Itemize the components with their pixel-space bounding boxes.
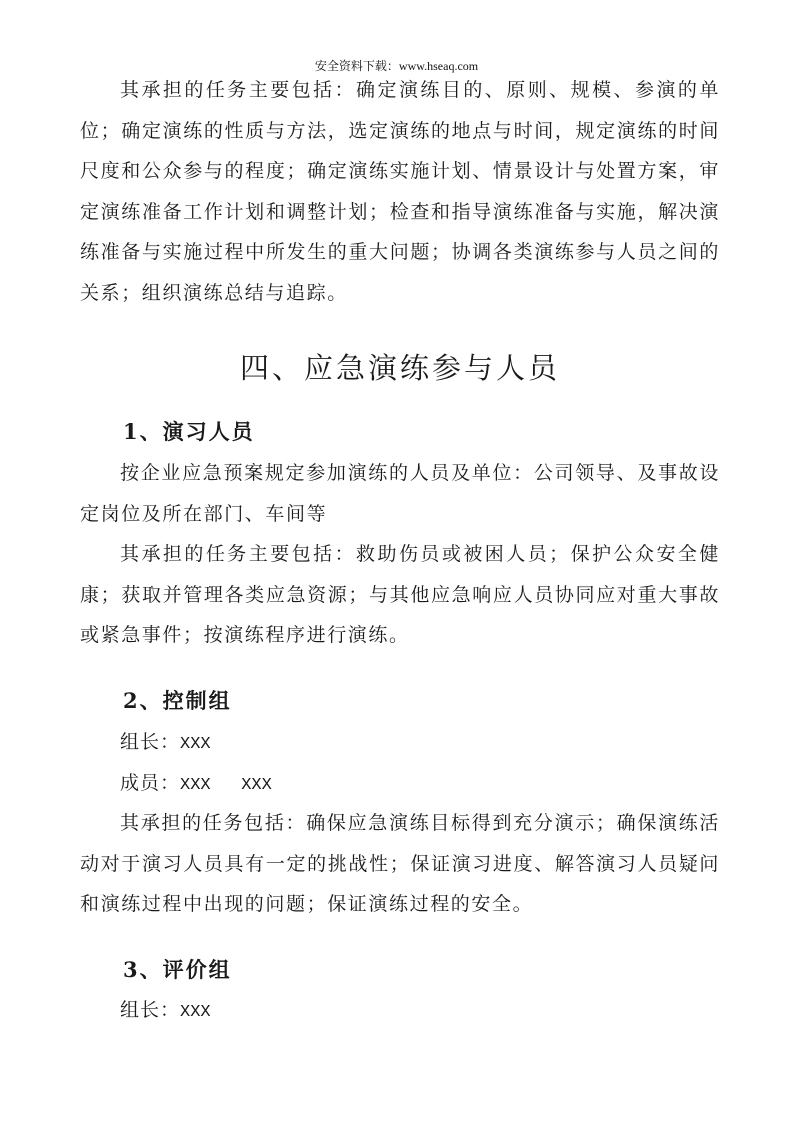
- control-group-leader: 组长：XXX: [120, 722, 211, 765]
- control-group-members: 成员：XXX XXX: [120, 763, 272, 806]
- evaluation-group-leader: 组长：XXX: [120, 990, 211, 1033]
- leader-value: XXX: [180, 735, 211, 754]
- leader-label: 组长：: [120, 999, 180, 1021]
- members-label: 成员：: [120, 772, 180, 794]
- section-title: 四、应急演练参与人员: [80, 348, 720, 388]
- leader-label: 组长：: [120, 731, 180, 753]
- leader-value: XXX: [180, 1003, 211, 1022]
- intro-paragraph: 其承担的任务主要包括：确定演练目的、原则、规模、参演的单位；确定演练的性质与方法…: [80, 70, 720, 313]
- control-group-paragraph: 其承担的任务包括：确保应急演练目标得到充分演示；确保演练活动对于演习人员具有一定…: [80, 803, 720, 925]
- subsection-title-control-group: 2、控制组: [123, 685, 232, 717]
- drill-personnel-paragraph-2: 其承担的任务主要包括：救助伤员或被困人员；保护公众安全健康；获取并管理各类应急资…: [80, 534, 720, 656]
- subsection-title-drill-personnel: 1、演习人员: [123, 416, 255, 448]
- members-value: XXX XXX: [180, 776, 272, 795]
- drill-personnel-paragraph-1: 按企业应急预案规定参加演练的人员及单位：公司领导、及事故设定岗位及所在部门、车间…: [80, 453, 720, 534]
- subsection-title-evaluation-group: 3、评价组: [123, 954, 232, 986]
